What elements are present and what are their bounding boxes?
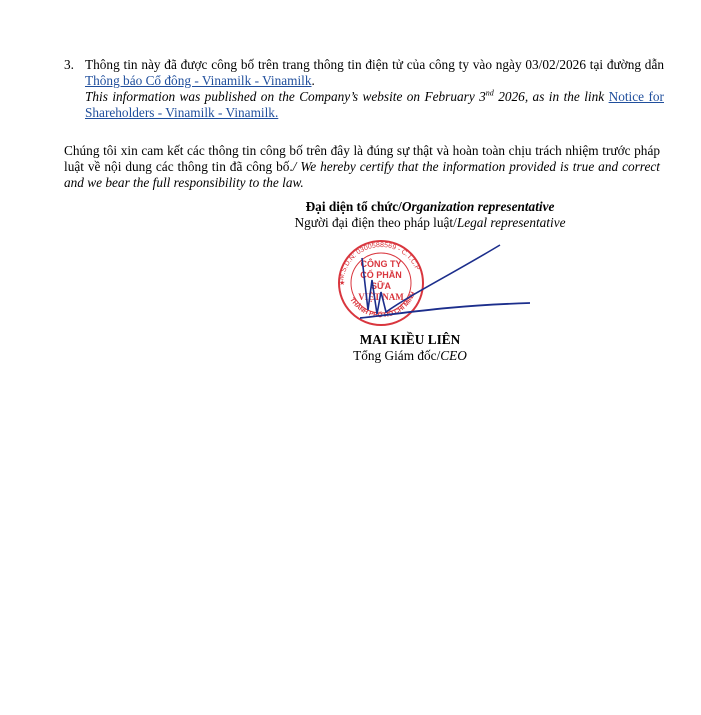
org-representative-label: Đại diện tổ chức/Organization representa… (260, 199, 600, 215)
ordinal-suffix: nd (486, 89, 494, 98)
signer-block: MAI KIỀU LIÊN Tổng Giám đốc/CEO (330, 332, 490, 364)
legal-representative-label: Người đại điện theo pháp luật/Legal repr… (260, 215, 600, 231)
certification-paragraph: Chúng tôi xin cam kết các thông tin công… (64, 143, 660, 191)
signer-title: Tổng Giám đốc/CEO (330, 348, 490, 364)
item-vi-text: Thông tin này đã được công bố trên trang… (85, 57, 664, 72)
item-en-text: This information was published on the Co… (85, 89, 609, 104)
document-page: 3. Thông tin này đã được công bố trên tr… (0, 0, 701, 715)
shareholder-notice-link-vi[interactable]: Thông báo Cổ đông - Vinamilk - Vinamilk (85, 73, 312, 88)
signer-name: MAI KIỀU LIÊN (330, 332, 490, 348)
signature-header: Đại diện tổ chức/Organization representa… (260, 199, 600, 231)
list-number: 3. (64, 57, 74, 73)
handwritten-signature-icon (360, 240, 535, 330)
list-item-3: 3. Thông tin này đã được công bố trên tr… (64, 57, 664, 121)
svg-text:★: ★ (339, 279, 345, 287)
period: . (312, 73, 315, 88)
